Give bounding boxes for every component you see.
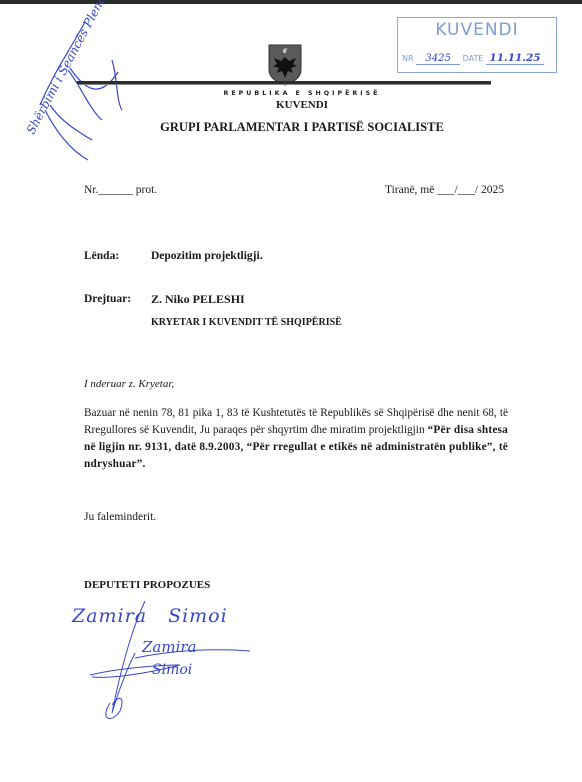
stamp-row: NR 3425 DATE 11.11.25 — [402, 52, 554, 65]
signature-line-1: Zamira Simoi — [72, 605, 228, 627]
stamp-title: KUVENDI — [398, 20, 556, 40]
signatory-label: DEPUTETI PROPOZUES — [84, 579, 210, 591]
addressee-label: Drejtuar: — [84, 293, 131, 305]
top-border-bar — [0, 0, 582, 4]
letterhead-institution: KUVENDI — [0, 99, 582, 111]
subject-value: Depozitim projektligji. — [151, 250, 263, 262]
addressee-title: KRYETAR I KUVENDIT TË SHQIPËRISË — [151, 317, 342, 328]
stamp-date-value: 11.11.25 — [486, 52, 544, 65]
protocol-number: Nr.______ prot. — [84, 184, 157, 196]
letterhead-republic: REPUBLIKA E SHQIPËRISË — [0, 90, 582, 97]
registry-stamp: KUVENDI NR 3425 DATE 11.11.25 — [397, 17, 557, 73]
signature-line-3: Simoi — [152, 662, 192, 678]
place-date: Tiranë, më ___/___/ 2025 — [385, 184, 504, 196]
letterhead-group: GRUPI PARLAMENTAR I PARTISË SOCIALISTE — [0, 120, 582, 135]
albania-coat-of-arms-icon — [268, 44, 302, 86]
subject-label: Lënda: — [84, 250, 119, 262]
signature-line-2: Zamira — [142, 638, 197, 656]
handwritten-annotation — [0, 10, 140, 160]
stamp-date-label: DATE — [463, 54, 484, 63]
stamp-nr-label: NR — [402, 54, 414, 63]
letterhead-rule — [77, 81, 491, 85]
addressee-name: Z. Niko PELESHI — [151, 292, 245, 307]
salutation: I nderuar z. Kryetar, — [84, 378, 174, 390]
body-paragraph: Bazuar në nenin 78, 81 pika 1, 83 të Kus… — [84, 405, 508, 473]
stamp-nr-value: 3425 — [416, 53, 460, 65]
closing: Ju faleminderit. — [84, 511, 156, 523]
